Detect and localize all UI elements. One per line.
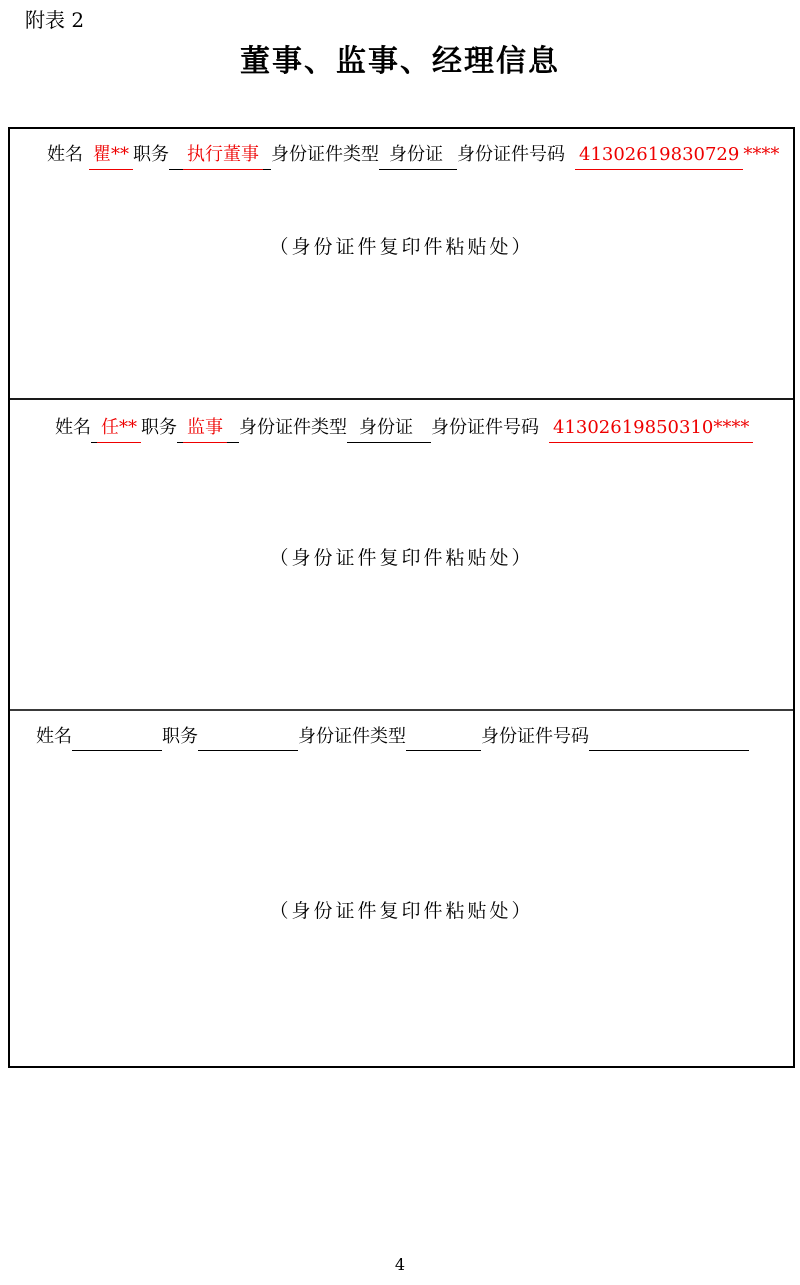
entry-section-3: 姓名 职务 身份证件类型 身份证件号码 （身份证件复印件粘贴处） [10, 711, 793, 1066]
id-number-mask: **** [743, 141, 779, 169]
id-type-value: 身份证 [355, 414, 417, 443]
id-type-label: 身份证件类型 [239, 414, 347, 442]
blank-line [198, 729, 298, 751]
blank-line [447, 148, 457, 170]
id-number-label: 身份证件号码 [457, 141, 565, 169]
position-label: 职务 [133, 141, 169, 169]
blank-line [72, 729, 162, 751]
blank-line [263, 148, 271, 170]
name-value: 任** [97, 414, 141, 443]
name-value: 瞿** [89, 141, 133, 170]
id-number-label: 身份证件号码 [431, 414, 539, 442]
blank-line [227, 421, 239, 443]
entry-section-2: 姓名 任** 职务 监事 身份证件类型 身份证 身份证件号码 413026198… [10, 400, 793, 711]
position-label: 职务 [162, 723, 198, 751]
id-type-value: 身份证 [385, 141, 447, 170]
page-title: 董事、监事、经理信息 [0, 36, 800, 80]
position-value: 执行董事 [183, 141, 263, 170]
id-type-label: 身份证件类型 [271, 141, 379, 169]
position-label: 职务 [141, 414, 177, 442]
blank-line [169, 148, 183, 170]
entry-2-fields-row: 姓名 任** 职务 监事 身份证件类型 身份证 身份证件号码 413026198… [10, 400, 793, 443]
paste-area-note: （身份证件复印件粘贴处） [10, 896, 793, 923]
id-type-label: 身份证件类型 [298, 723, 406, 751]
document-page: 附表 2 董事、监事、经理信息 姓名 瞿** 职务 执行董事 身份证件类型 身份… [0, 0, 800, 1285]
blank-line [347, 421, 355, 443]
name-label: 姓名 [55, 414, 91, 442]
id-number-mask: **** [713, 417, 749, 438]
entry-section-1: 姓名 瞿** 职务 执行董事 身份证件类型 身份证 身份证件号码 4130261… [10, 129, 793, 400]
paste-area-note: （身份证件复印件粘贴处） [10, 232, 793, 259]
position-value: 监事 [183, 414, 227, 443]
id-number-label: 身份证件号码 [481, 723, 589, 751]
annex-label: 附表 2 [25, 4, 84, 33]
id-number-value: 41302619850310**** [549, 414, 753, 443]
id-number-digits: 41302619850310 [553, 417, 713, 438]
id-number-value: 41302619830729 [575, 141, 743, 170]
page-number: 4 [0, 1255, 800, 1274]
name-label: 姓名 [47, 141, 83, 169]
officers-info-table: 姓名 瞿** 职务 执行董事 身份证件类型 身份证 身份证件号码 4130261… [8, 127, 795, 1068]
blank-line [417, 421, 431, 443]
blank-line [589, 729, 749, 751]
blank-line [406, 729, 481, 751]
entry-3-fields-row: 姓名 职务 身份证件类型 身份证件号码 [10, 711, 793, 751]
entry-1-fields-row: 姓名 瞿** 职务 执行董事 身份证件类型 身份证 身份证件号码 4130261… [10, 129, 793, 170]
name-label: 姓名 [36, 723, 72, 751]
paste-area-note: （身份证件复印件粘贴处） [10, 543, 793, 570]
